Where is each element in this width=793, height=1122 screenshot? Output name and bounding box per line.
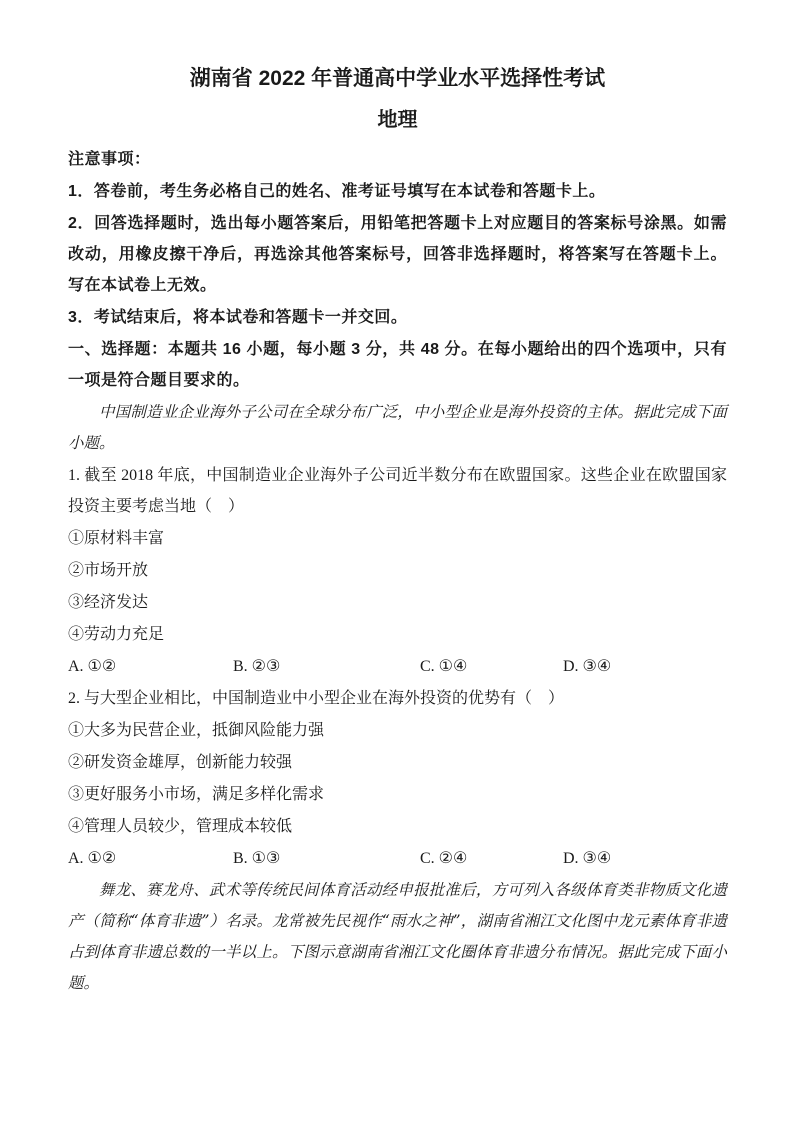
question-1-stem: 1. 截至 2018 年底，中国制造业企业海外子公司近半数分布在欧盟国家。这些企… — [68, 460, 727, 522]
question-1-options-row: A. ①② B. ②③ C. ①④ D. ③④ — [68, 651, 727, 682]
notice-item-3: 3．考试结束后，将本试卷和答题卡一并交回。 — [68, 302, 727, 333]
exam-paper-page: 湖南省 2022 年普通高中学业水平选择性考试 地理 注意事项： 1．答卷前，考… — [0, 0, 793, 1122]
notice-item-2: 2．回答选择题时，选出每小题答案后，用铅笔把答题卡上对应题目的答案标号涂黑。如需… — [68, 208, 727, 301]
question-1-choice-4: ④劳动力充足 — [68, 619, 727, 650]
exam-subject: 地理 — [68, 106, 727, 134]
notice-item-1: 1．答卷前，考生务必格自己的姓名、准考证号填写在本试卷和答题卡上。 — [68, 176, 727, 207]
passage-sports-heritage: 舞龙、赛龙舟、武术等传统民间体育活动经申报批准后，方可列入各级体育类非物质文化遗… — [68, 875, 727, 999]
question-1-option-a: A. ①② — [68, 651, 233, 682]
question-1-option-b: B. ②③ — [233, 651, 420, 682]
question-1-choice-1: ①原材料丰富 — [68, 523, 727, 554]
exam-title: 湖南省 2022 年普通高中学业水平选择性考试 — [68, 64, 727, 94]
question-2-choice-1: ①大多为民营企业，抵御风险能力强 — [68, 715, 727, 746]
passage-manufacturing: 中国制造业企业海外子公司在全球分布广泛，中小型企业是海外投资的主体。据此完成下面… — [68, 397, 727, 459]
question-1-choice-2: ②市场开放 — [68, 555, 727, 586]
question-1-option-c: C. ①④ — [420, 651, 563, 682]
question-2-choice-3: ③更好服务小市场，满足多样化需求 — [68, 779, 727, 810]
question-2-option-c: C. ②④ — [420, 843, 563, 874]
question-2-option-d: D. ③④ — [563, 843, 727, 874]
question-2-option-a: A. ①② — [68, 843, 233, 874]
question-2-stem: 2. 与大型企业相比，中国制造业中小型企业在海外投资的优势有（ ） — [68, 683, 727, 714]
section-heading: 一、选择题：本题共 16 小题，每小题 3 分，共 48 分。在每小题给出的四个… — [68, 334, 727, 396]
question-2-choice-2: ②研发资金雄厚，创新能力较强 — [68, 747, 727, 778]
question-2-option-b: B. ①③ — [233, 843, 420, 874]
question-2-choice-4: ④管理人员较少，管理成本较低 — [68, 811, 727, 842]
notice-heading: 注意事项： — [68, 144, 727, 175]
question-1-option-d: D. ③④ — [563, 651, 727, 682]
question-2-options-row: A. ①② B. ①③ C. ②④ D. ③④ — [68, 843, 727, 874]
question-1-choice-3: ③经济发达 — [68, 587, 727, 618]
